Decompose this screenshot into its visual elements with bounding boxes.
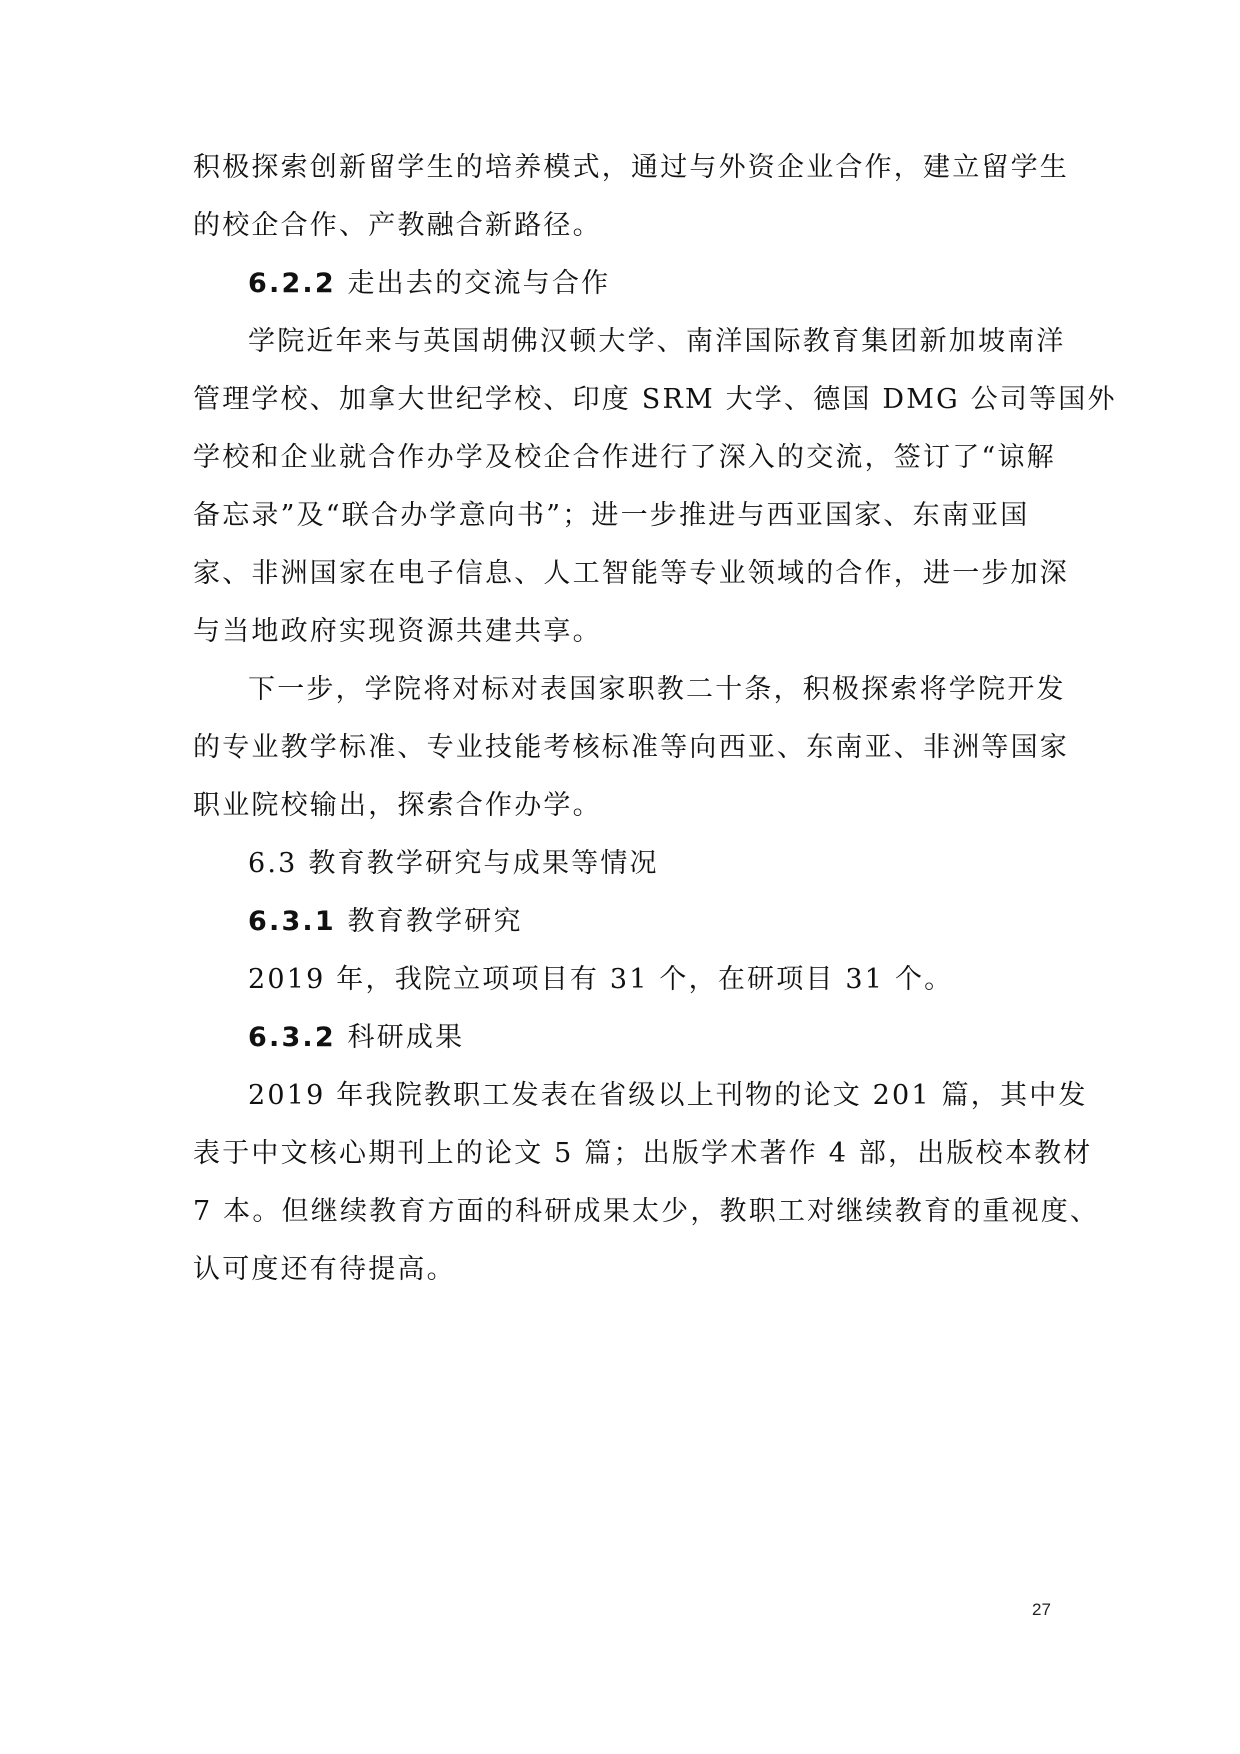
document-page: 积极探索创新留学生的培养模式，通过与外资企业合作，建立留学生 的校企合作、产教融…: [0, 0, 1240, 1754]
section-heading-6-3-2: 6.3.2 科研成果: [248, 1020, 1053, 1056]
paragraph-line: 学校和企业就合作办学及校企合作进行了深入的交流，签订了“谅解: [193, 440, 1053, 476]
paragraph-line: 积极探索创新留学生的培养模式，通过与外资企业合作，建立留学生: [193, 150, 1053, 186]
heading-title: 教育教学研究与成果等情况: [308, 848, 658, 879]
paragraph-line: 职业院校输出，探索合作办学。: [193, 788, 1053, 824]
paragraph-line: 与当地政府实现资源共建共享。: [193, 614, 1053, 650]
heading-number: 6.3: [248, 848, 298, 879]
heading-number: 6.3.2: [248, 1022, 336, 1053]
heading-title: 教育教学研究: [347, 906, 522, 937]
paragraph-line: 的专业教学标准、专业技能考核标准等向西亚、东南亚、非洲等国家: [193, 730, 1053, 766]
paragraph-line: 2019 年我院教职工发表在省级以上刊物的论文 201 篇，其中发: [248, 1078, 1053, 1114]
section-heading-6-2-2: 6.2.2 走出去的交流与合作: [248, 266, 1053, 302]
paragraph-line: 表于中文核心期刊上的论文 5 篇；出版学术著作 4 部，出版校本教材: [193, 1136, 1053, 1172]
paragraph-line: 的校企合作、产教融合新路径。: [193, 208, 1053, 244]
heading-number: 6.3.1: [248, 906, 336, 937]
heading-title: 走出去的交流与合作: [347, 268, 610, 299]
paragraph-line: 7 本。但继续教育方面的科研成果太少，教职工对继续教育的重视度、: [193, 1194, 1053, 1230]
paragraph-line: 学院近年来与英国胡佛汉顿大学、南洋国际教育集团新加坡南洋: [248, 324, 1053, 360]
paragraph-line: 备忘录”及“联合办学意向书”；进一步推进与西亚国家、东南亚国: [193, 498, 1053, 534]
section-heading-6-3-1: 6.3.1 教育教学研究: [248, 904, 1053, 940]
paragraph-line: 下一步，学院将对标对表国家职教二十条，积极探索将学院开发: [248, 672, 1053, 708]
paragraph-line: 管理学校、加拿大世纪学校、印度 SRM 大学、德国 DMG 公司等国外: [193, 382, 1053, 418]
heading-title: 科研成果: [347, 1022, 464, 1053]
paragraph-line: 家、非洲国家在电子信息、人工智能等专业领域的合作，进一步加深: [193, 556, 1053, 592]
page-number: 27: [1032, 1600, 1051, 1620]
section-heading-6-3: 6.3 教育教学研究与成果等情况: [248, 846, 1053, 882]
paragraph-line: 认可度还有待提高。: [193, 1252, 1053, 1288]
heading-number: 6.2.2: [248, 268, 336, 299]
paragraph-line: 2019 年，我院立项项目有 31 个，在研项目 31 个。: [248, 962, 1053, 998]
